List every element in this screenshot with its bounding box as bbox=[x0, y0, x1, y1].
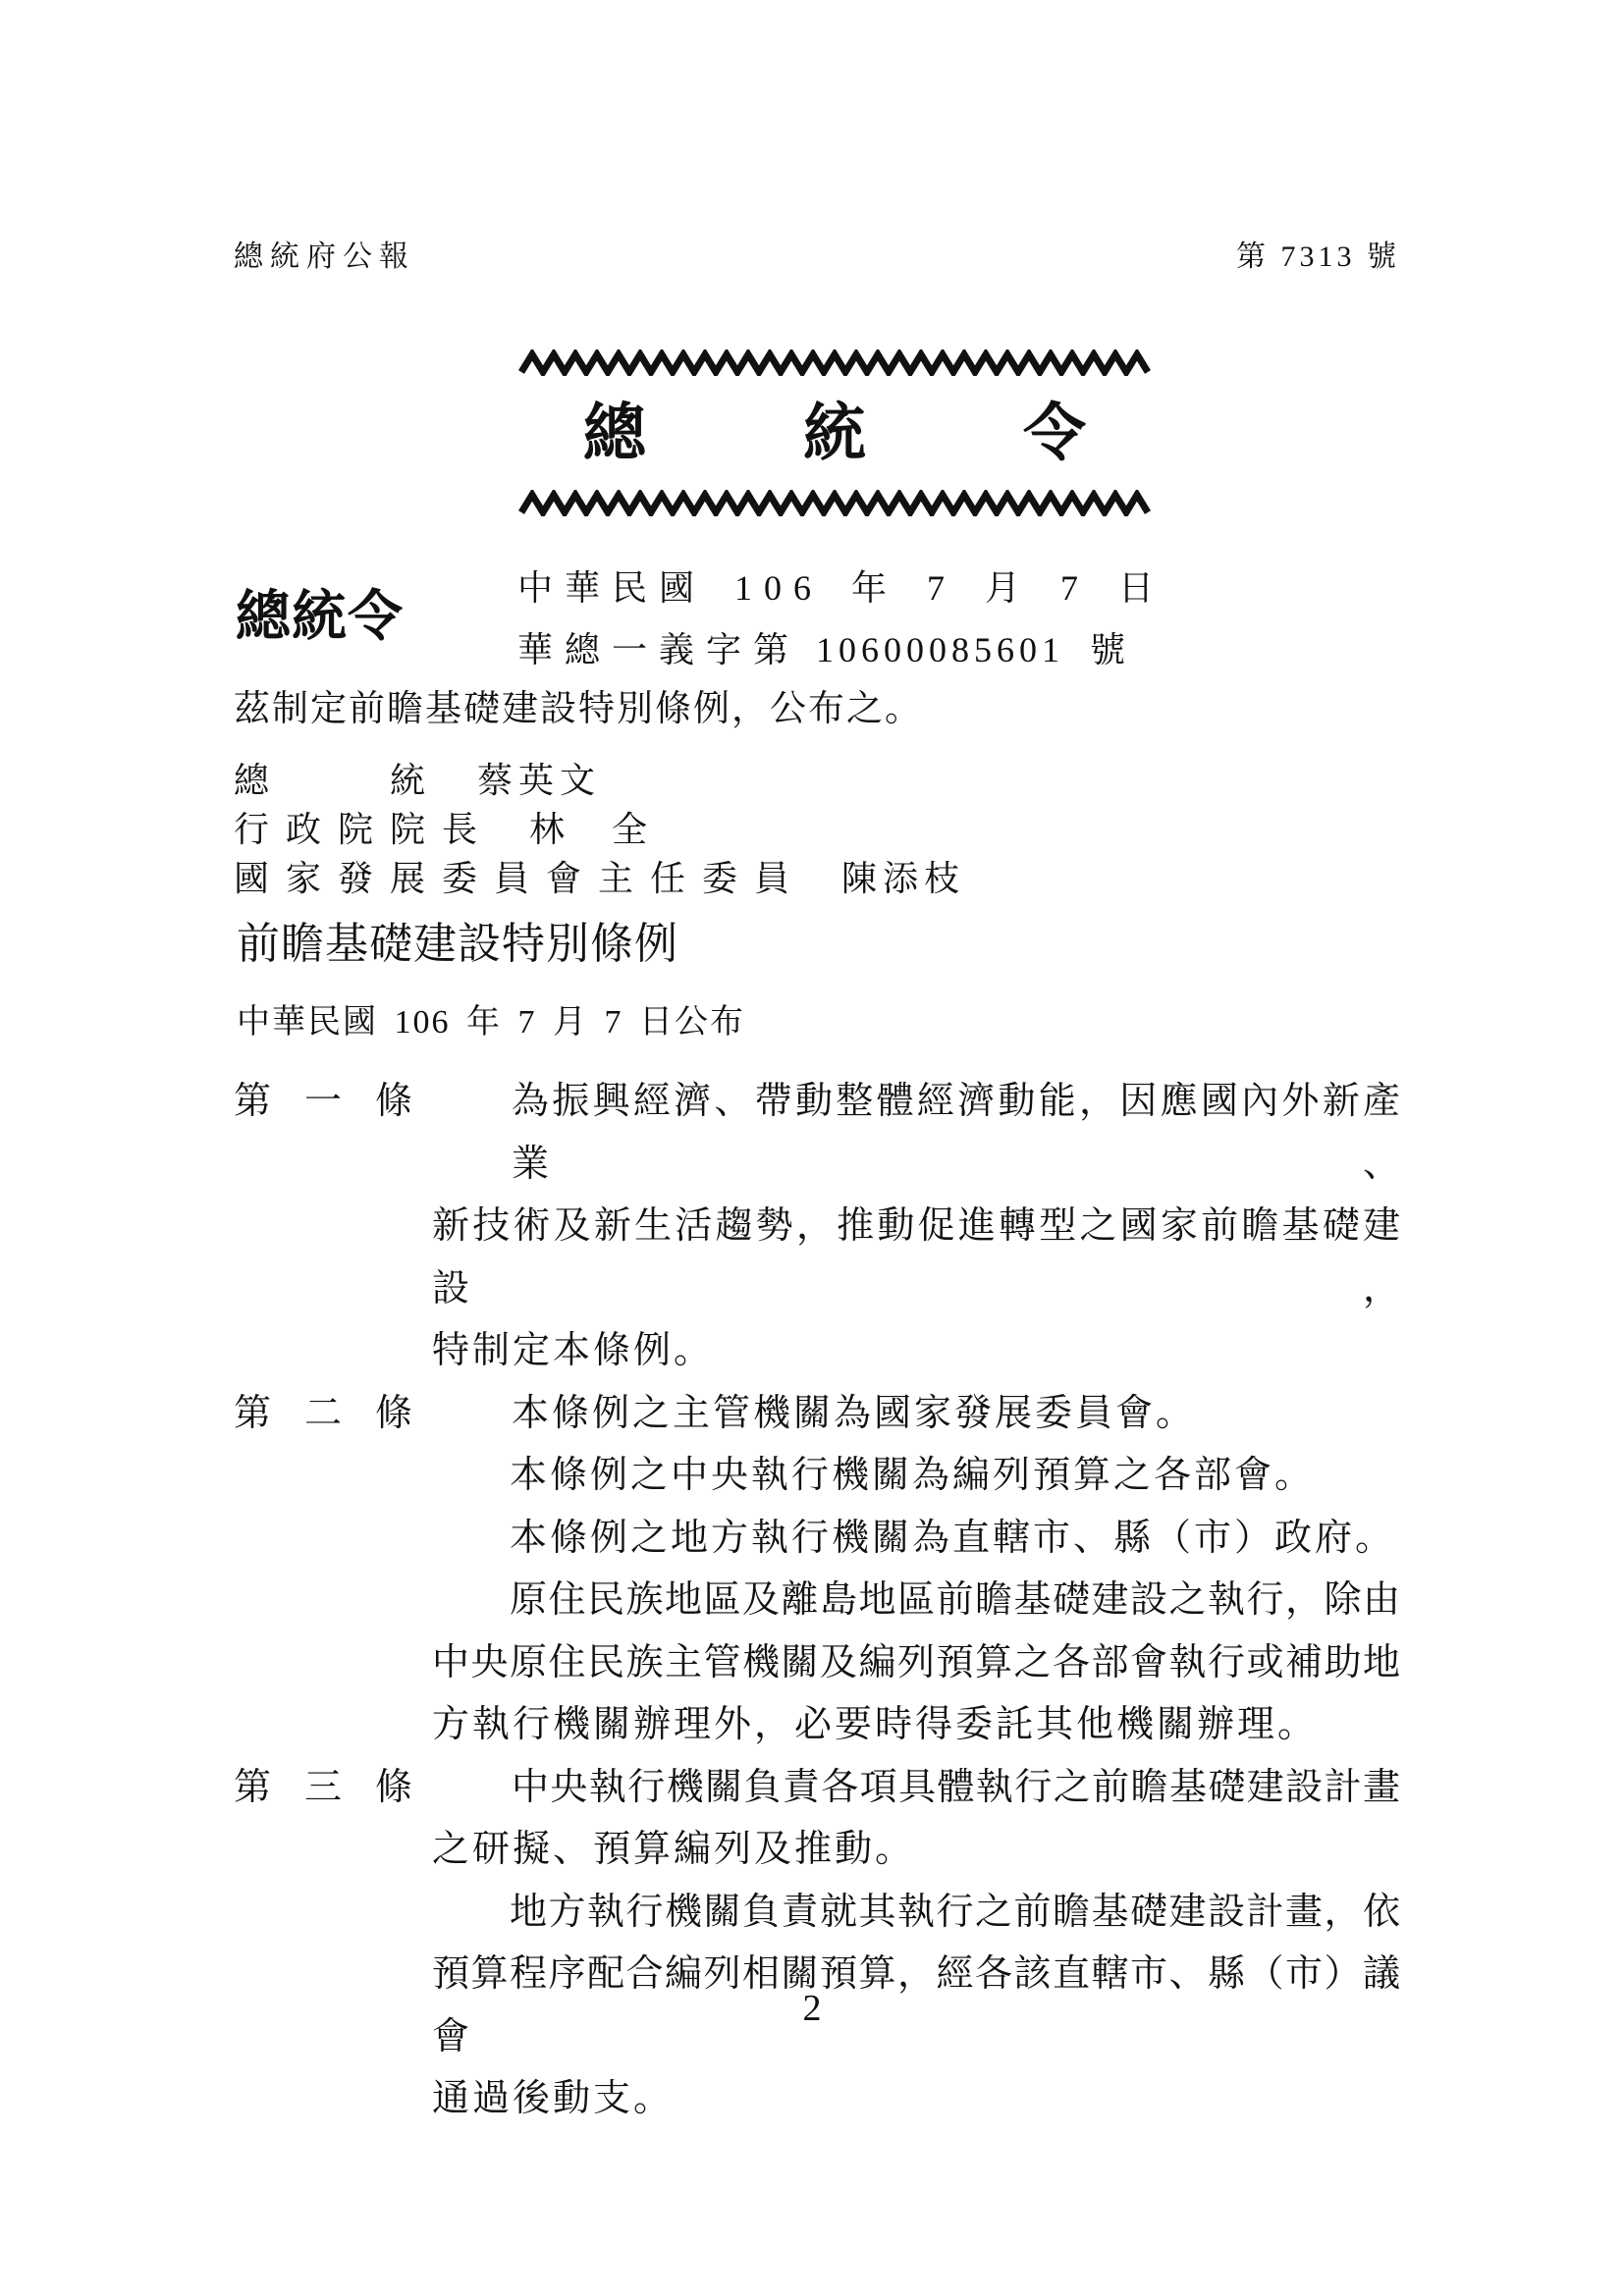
article-text: 中央執行機關負責各項具體執行之前瞻基礎建設計畫 bbox=[512, 1757, 1400, 1820]
wavy-divider-top-icon bbox=[518, 349, 1152, 376]
law-line: 第二條本條例之主管機關為國家發展委員會。 bbox=[234, 1383, 1400, 1446]
article-number: 第一條 bbox=[234, 1071, 412, 1196]
law-title: 前瞻基礎建設特別條例 bbox=[237, 919, 678, 970]
law-line: 特制定本條例。 bbox=[234, 1320, 1400, 1383]
decree-body-sentence: 茲制定前瞻基礎建設特別條例，公布之。 bbox=[234, 687, 923, 732]
gazette-name: 總統府公報 bbox=[234, 232, 415, 275]
reference-prefix: 華總一義字第 bbox=[517, 630, 800, 669]
law-line: 中央原住民族主管機關及編列預算之各部會執行或補助地 bbox=[234, 1632, 1400, 1695]
law-line: 方執行機關辦理外，必要時得委託其他機關辦理。 bbox=[234, 1694, 1400, 1757]
decree-date: 中華民國 106 年 7 月 7 日 bbox=[517, 558, 1165, 619]
decree-label: 總統令 bbox=[236, 573, 404, 652]
law-promulgation-date: 中華民國 106 年 7 月 7 日公布 bbox=[237, 1001, 745, 1044]
law-line: 地方執行機關負責就其執行之前瞻基礎建設計畫，依 bbox=[234, 1882, 1400, 1945]
gazette-page: 總統府公報 第 7313 號 總 統 令 總統令 中華民國 106 年 7 月 … bbox=[0, 0, 1624, 2296]
signature-line: 總 統蔡英文 bbox=[234, 756, 965, 805]
article-number: 第二條 bbox=[234, 1383, 412, 1446]
title-char: 總 bbox=[583, 400, 646, 468]
decree-date-block: 中華民國 106 年 7 月 7 日 華總一義字第10600085601號 bbox=[517, 558, 1165, 681]
signer-name: 蔡英文 bbox=[477, 756, 601, 805]
signature-line: 國家發展委員會主任委員陳添枝 bbox=[234, 854, 965, 903]
law-line: 通過後動支。 bbox=[234, 2068, 1400, 2131]
signer-role: 行政院院長 bbox=[234, 805, 494, 854]
signer-name: 林 全 bbox=[529, 805, 653, 854]
page-header: 總統府公報 第 7313 號 bbox=[234, 232, 1400, 275]
signer-role: 總 統 bbox=[234, 756, 442, 805]
decree-banner: 總 統 令 bbox=[516, 349, 1153, 516]
article-text: 為振興經濟、帶動整體經濟動能，因應國內外新產業、 bbox=[512, 1071, 1400, 1196]
signature-line: 行政院院長林 全 bbox=[234, 805, 965, 854]
law-line: 原住民族地區及離島地區前瞻基礎建設之執行，除由 bbox=[234, 1570, 1400, 1632]
articles: 第一條為振興經濟、帶動整體經濟動能，因應國內外新產業、新技術及新生活趨勢，推動促… bbox=[234, 1071, 1400, 2131]
law-line: 之研擬、預算編列及推動。 bbox=[234, 1819, 1400, 1882]
article-text: 本條例之主管機關為國家發展委員會。 bbox=[512, 1383, 1400, 1446]
signature-block: 總 統蔡英文 行政院院長林 全 國家發展委員會主任委員陳添枝 bbox=[234, 756, 965, 903]
law-line: 第三條中央執行機關負責各項具體執行之前瞻基礎建設計畫 bbox=[234, 1757, 1400, 1820]
title-char: 統 bbox=[803, 400, 866, 468]
issue-number: 第 7313 號 bbox=[1236, 232, 1400, 275]
article-number: 第三條 bbox=[234, 1757, 412, 1820]
document-title: 總 統 令 bbox=[516, 400, 1153, 468]
law-line: 本條例之地方執行機關為直轄市、縣（市）政府。 bbox=[234, 1508, 1400, 1571]
decree-reference: 華總一義字第10600085601號 bbox=[517, 619, 1165, 681]
law-line: 第一條為振興經濟、帶動整體經濟動能，因應國內外新產業、 bbox=[234, 1071, 1400, 1196]
page-number: 2 bbox=[0, 1987, 1624, 2030]
law-line: 新技術及新生活趨勢，推動促進轉型之國家前瞻基礎建設， bbox=[234, 1196, 1400, 1320]
reference-number: 10600085601 bbox=[816, 630, 1064, 669]
wavy-divider-bottom-icon bbox=[518, 490, 1152, 516]
law-line: 本條例之中央執行機關為編列預算之各部會。 bbox=[234, 1445, 1400, 1508]
signer-role: 國家發展委員會主任委員 bbox=[234, 854, 806, 903]
title-char: 令 bbox=[1023, 400, 1086, 468]
reference-suffix: 號 bbox=[1090, 630, 1125, 669]
signer-name: 陳添枝 bbox=[841, 854, 965, 903]
